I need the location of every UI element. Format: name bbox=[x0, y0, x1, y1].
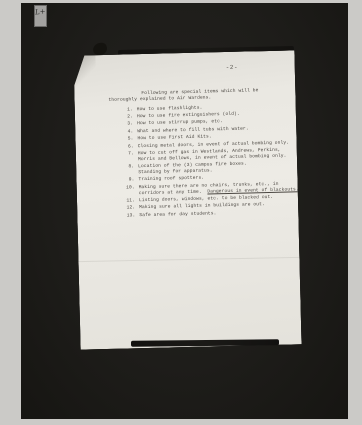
item-number: 8. bbox=[124, 164, 134, 176]
paper-crease bbox=[78, 257, 299, 262]
item-number: 5. bbox=[123, 136, 133, 142]
item-number: 1. bbox=[123, 107, 133, 113]
photo-background: L+ -2- Following are special items which… bbox=[21, 3, 348, 419]
item-number: 13. bbox=[125, 213, 135, 219]
document-text: Following are special items which will b… bbox=[108, 88, 289, 221]
sticker-marking: L+ bbox=[35, 7, 46, 16]
item-number: 2. bbox=[123, 114, 133, 120]
item-number: 6. bbox=[124, 144, 134, 150]
tape-smudge bbox=[92, 42, 108, 57]
item-number: 12. bbox=[125, 206, 135, 212]
item-number: 3. bbox=[123, 122, 133, 128]
document-paper: -2- Following are special items which wi… bbox=[73, 50, 301, 349]
document-heading: Following are special items which will b… bbox=[108, 88, 286, 104]
item-number: 7. bbox=[124, 151, 134, 163]
item-number: 9. bbox=[124, 178, 134, 184]
page-number: -2- bbox=[226, 64, 238, 71]
item-number: 10. bbox=[125, 185, 135, 197]
item-number: 4. bbox=[123, 129, 133, 135]
photo-frame: L+ -2- Following are special items which… bbox=[0, 0, 362, 425]
item-number: 11. bbox=[125, 198, 135, 204]
item-list: 1.How to use flashlights.2.How to use fi… bbox=[109, 103, 290, 219]
tape-bottom-strip bbox=[131, 339, 279, 347]
archive-sticker: L+ bbox=[34, 5, 47, 27]
